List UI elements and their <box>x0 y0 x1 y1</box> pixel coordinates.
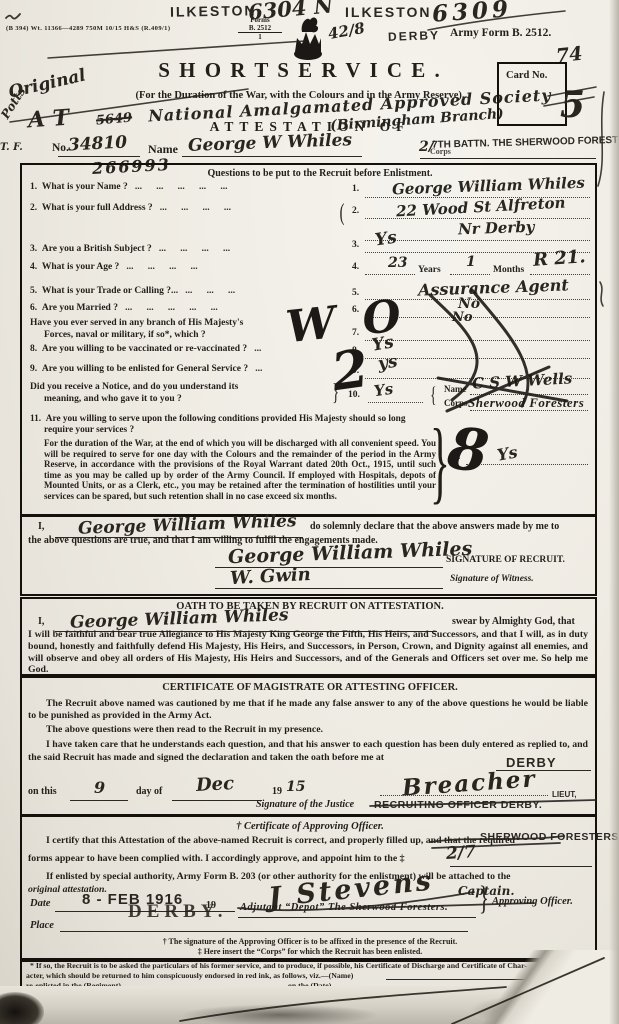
q3-text: 3. Are you a British Subject ? ... ... .… <box>30 244 230 254</box>
foresters-stamp-fragment: SHERWOOD FORESTERS. <box>480 831 619 843</box>
q4-months-line <box>450 274 490 275</box>
hw-appoint-corps: 2/7 <box>445 842 476 864</box>
q10-corps-label: Corps <box>444 398 468 408</box>
q11-text-line2: require your services ? <box>44 425 134 435</box>
day-of-label: day of <box>136 786 162 797</box>
ilkeston-stamp-2: ILKESTON <box>345 4 432 20</box>
hw-q11-answer: Ys <box>496 442 519 464</box>
magistrate-p1: The Recruit above named was cautioned by… <box>28 698 588 722</box>
paper-fold-corner <box>440 950 619 1024</box>
hw-q11-large-scrawl: 8 <box>444 414 492 486</box>
hw-card-number: 74 <box>555 43 584 68</box>
q1-answer-no: 1. <box>352 184 359 194</box>
derby-stamp-large: DERBY. <box>128 901 228 923</box>
hw-witness-signature: W. Gwin <box>230 564 312 589</box>
approving-officer-label: Approving Officer. <box>492 896 573 907</box>
declaration-i: I, <box>38 521 44 532</box>
hw-q4-years: 23 <box>388 255 407 271</box>
hw-year: 15 <box>286 779 305 795</box>
q9-text: 9. Are you willing to be enlisted for Ge… <box>30 364 262 374</box>
q10-answer-line <box>368 402 423 403</box>
derby-stamp-small: DERBY <box>388 28 440 44</box>
star-footnote-line2: acter, which should be returned to him c… <box>26 971 353 980</box>
hw-q2-address2: Nr Derby <box>458 218 535 239</box>
recruiting-officer-stamp: RECRUITING OFFICER DERBY. <box>374 799 542 811</box>
magistrate-p3: I have taken care that he understands ea… <box>28 738 588 764</box>
corps-underline <box>420 158 596 159</box>
declaration-text1: do solemnly declare that the above answe… <box>310 521 559 532</box>
hw-number-6309: 6309 <box>431 0 513 28</box>
hw-5649-crossed: 5649 <box>95 110 132 128</box>
appoint-line <box>450 866 592 867</box>
corner-pencil-scribble <box>6 14 20 19</box>
approving-brace: } <box>479 880 489 918</box>
q11-text-line1: 11. Are you willing to serve upon the fo… <box>30 414 438 424</box>
q11-conditions-body: For the duration of the War, at the end … <box>44 438 436 502</box>
signature-of-witness-label: Signature of Witness. <box>450 574 534 584</box>
hw-recruit-name: George W Whiles <box>188 130 353 156</box>
form-title: S H O R T S E R V I C E . <box>110 58 490 83</box>
q10-text-line1: Did you receive a Notice, and do you und… <box>30 382 238 392</box>
hw-q4-months: 1 <box>466 254 476 270</box>
hw-q3-answer: Ys <box>374 228 398 251</box>
q8-text: 8. Are you willing to be vaccinated or r… <box>30 344 261 354</box>
forms-box-line3: 1 <box>238 33 282 41</box>
q8-answer-line <box>365 358 590 359</box>
q4-months-label: Months <box>493 265 524 275</box>
hw-month: Dec <box>195 773 234 796</box>
day-line <box>70 800 128 801</box>
on-this-label: on this <box>28 786 57 797</box>
oath-i: I, <box>38 616 44 627</box>
card-no-label: Card No. <box>506 70 547 81</box>
oath-intro-rest: swear by Almighty God, that <box>452 616 575 627</box>
adjutant-underline <box>238 917 476 918</box>
hw-a-t: A T <box>27 105 70 134</box>
lieut-stamp: LIEUT, <box>552 790 576 799</box>
approving-p1b: forms appear to have been complied with.… <box>28 853 405 864</box>
witness-signature-line <box>215 588 443 589</box>
q4-years-line <box>365 274 415 275</box>
date-label: Date <box>30 898 50 909</box>
q2-brace: ( <box>340 200 345 227</box>
q6-text: 6. Are you Married ? ... ... ... ... ... <box>30 303 218 313</box>
place-label: Place <box>30 920 54 931</box>
no-underline <box>58 156 140 157</box>
scan-edge-shadow <box>609 0 619 1024</box>
q2-text: 2. What is your full Address ? ... ... .… <box>30 203 231 213</box>
q7-text-line1: Have you ever served in any branch of Hi… <box>30 318 243 328</box>
hw-q9-answer: ys <box>377 352 399 375</box>
q4-answer-no: 4. <box>352 262 359 272</box>
hw-regimental-number: 34810 <box>68 132 128 155</box>
q10-name-label: Name <box>444 384 467 394</box>
q4-years-label: Years <box>418 265 441 275</box>
printers-code: (B 394) Wt. 11366—4289 750M 10/15 H&S (R… <box>6 25 170 32</box>
justice-signature-line <box>380 795 548 796</box>
q5-text: 5. What is your Trade or Calling ?... ..… <box>30 286 235 296</box>
q4-text: 4. What is your Age ? ... ... ... ... <box>30 262 198 272</box>
q2-answer-line2 <box>365 240 590 241</box>
footnote-dagger: † The signature of the Approving Officer… <box>110 937 510 946</box>
signature-of-recruit-label: SIGNATURE OF RECRUIT. <box>446 555 565 565</box>
place-line <box>60 931 468 932</box>
approving-heading: † Certificate of Approving Officer. <box>150 821 470 832</box>
army-form-number: Army Form B. 2512. <box>450 27 551 39</box>
name-underline <box>182 156 362 157</box>
q7-text-line2: Forces, naval or military, if so*, which… <box>44 330 206 340</box>
hw-t-f: T. F. <box>0 142 23 153</box>
hw-figure-five: 5 <box>560 84 585 126</box>
oath-body: I will be faithful and bear true Allegia… <box>28 629 588 676</box>
hw-q10-answer: Ys <box>373 380 394 400</box>
q10-text-line2: meaning, and who gave it to you ? <box>44 394 182 404</box>
q1-text: 1. What is your Name ? ... ... ... ... .… <box>30 182 227 192</box>
crease-shadow-center <box>180 1004 380 1024</box>
magistrate-p2: The above questions were then read to th… <box>46 724 323 735</box>
hw-day: 9 <box>94 778 105 797</box>
hw-q4-margin-note: R 21. <box>532 246 586 271</box>
q3-answer-no: 3. <box>352 240 359 250</box>
q10-brace-name-corps: { <box>430 382 436 408</box>
battalion-stamp: 7TH BATTN. THE SHERWOOD FORESTERS. <box>432 134 619 150</box>
sherwood-foresters-stamp: Sherwood Foresters <box>468 395 584 411</box>
year-printed: 19 <box>272 786 282 797</box>
forms-box-line2: B. 2512 <box>238 24 282 33</box>
ilkeston-stamp-1: ILKESTON <box>170 2 257 20</box>
name-label: Name <box>148 142 178 157</box>
margin-mark-q3 <box>600 282 603 306</box>
no-label: No. <box>52 142 69 154</box>
q2-answer-no: 2. <box>352 206 359 216</box>
hw-number-4218: 42/8 <box>327 19 366 43</box>
hw-q7-answer: No <box>452 310 473 325</box>
pen-line-header-2 <box>48 41 305 58</box>
signature-of-justice-label: Signature of the Justice <box>256 799 354 810</box>
hw-potts: Potts <box>0 85 28 122</box>
attestation-form-scan: (B 394) Wt. 11366—4289 750M 10/15 H&S (R… <box>0 0 619 1024</box>
magistrate-heading: CERTIFICATE OF MAGISTRATE OR ATTESTING O… <box>100 682 520 693</box>
adjutant-line: Adjutant “Depot” The Sherwood Foresters. <box>240 902 448 913</box>
month-line <box>172 800 262 801</box>
